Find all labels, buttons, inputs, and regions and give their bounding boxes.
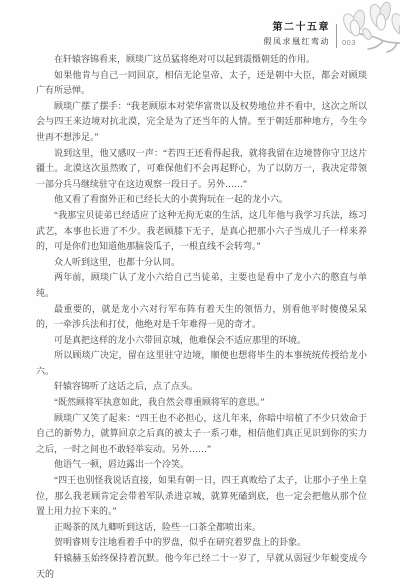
body-paragraph: “四王也别怪我说话直接，如果有朝一日，四王真败给了太子，让那小子坐上皇位，那么我… bbox=[36, 473, 367, 520]
body-paragraph: 顾琰广摆了摆手：“我老顾原本对荣华富贵以及权势地位并不看中，这次之所以会与四王来… bbox=[36, 99, 367, 146]
body-paragraph: 他语气一顿，唇边露出一个冷笑。 bbox=[36, 457, 367, 473]
body-paragraph: 他又看了看窗外正和已经长大的小黄狗玩在一起的龙小六。 bbox=[36, 192, 367, 208]
body-paragraph: 在轩辕容锦看来，顾琰广这员猛将绝对可以起到震慑朝廷的作用。 bbox=[36, 52, 367, 68]
body-paragraph: 轩辕容锦听了这话之后，点了点头。 bbox=[36, 379, 367, 395]
body-paragraph: 最重要的，就是龙小六对行军布阵有着天生的领悟力，别看他平时傻傻呆呆的，一牵涉兵法… bbox=[36, 302, 367, 333]
page-number: 003 bbox=[342, 37, 356, 48]
body-paragraph: 可是真把这样的龙小六带回京城，他难保会不适应那里的环境。 bbox=[36, 333, 367, 349]
body-paragraph: 如果他肯与自己一同回京，相信无论皇帝、太子，还是朝中大臣，都会对顾琰广有所忌惮。 bbox=[36, 68, 367, 99]
body-paragraph: 轩辕赫玉始终保持着沉默。他今年已经二十一岁了，早就从弱冠少年蜕变成今天的 bbox=[36, 551, 367, 578]
body-paragraph: 贺明睿则专注地看着手中的罗盘，似乎在研究着罗盘上的卦象。 bbox=[36, 535, 367, 551]
body-paragraph: “我那宝贝徒弟已经适应了这种无拘无束的生活，这几年他与我学习兵法，练习武艺，本事… bbox=[36, 208, 367, 255]
body-paragraph: 说到这里，他又感叹一声：“若四王还看得起我，就将我留在边境替你守卫这片疆土。北漠… bbox=[36, 146, 367, 193]
book-page: 第二十五章 假凤求凰红鸾动 003 在轩辕容锦看来，顾琰广这员猛将绝对可以起到震… bbox=[0, 0, 400, 578]
chapter-title: 第二十五章 bbox=[272, 21, 330, 34]
body-paragraph: 正喝茶的凤九卿听到这话，险些一口茶全都喷出来。 bbox=[36, 520, 367, 536]
header-divider bbox=[336, 24, 337, 48]
chapter-subtitle: 假凤求凰红鸾动 bbox=[263, 36, 330, 48]
body-paragraph: 顾琰广又笑了起来：“四王也不必担心，这几年来，你暗中培植了不少只效命于自己的新势… bbox=[36, 411, 367, 458]
body-text: 在轩辕容锦看来，顾琰广这员猛将绝对可以起到震慑朝廷的作用。 如果他肯与自己一同回… bbox=[36, 52, 367, 578]
body-paragraph: 两年前，顾琰广认了龙小六给自己当徒弟，主要也是看中了龙小六的憨直与单纯。 bbox=[36, 270, 367, 301]
body-paragraph: 所以顾琰广决定，留在这里驻守边境，顺便也想将毕生的本事统统传授给龙小六。 bbox=[36, 348, 367, 379]
body-paragraph: “既然顾将军执意如此，我自然会尊重顾将军的意思。” bbox=[36, 395, 367, 411]
chapter-header: 第二十五章 假凤求凰红鸾动 003 bbox=[263, 21, 356, 48]
body-paragraph: 众人听到这里，也都十分认同。 bbox=[36, 255, 367, 271]
